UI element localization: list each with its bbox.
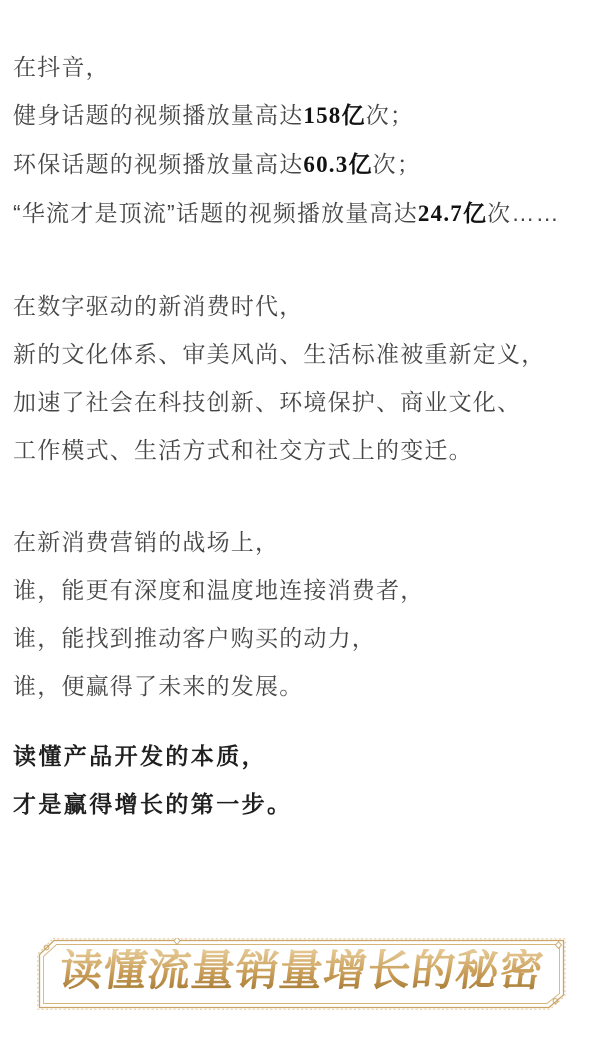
- line-text: 在抖音，: [13, 54, 110, 80]
- paragraph-conclusion-bold: 读懂产品开发的本质， 才是赢得增长的第一步。: [13, 732, 597, 828]
- line-text: 在新消费营销的战场上，: [13, 529, 279, 555]
- text-line: 环保话题的视频播放量高达60.3亿次；: [13, 140, 597, 189]
- article-body: 在抖音， 健身话题的视频播放量高达158亿次； 环保话题的视频播放量高达60.3…: [13, 43, 597, 828]
- line-text: 健身话题的视频播放量高达: [13, 102, 303, 128]
- line-text: 读懂产品开发的本质，: [13, 743, 267, 769]
- line-text: 谁，能找到推动客户购买的动力，: [13, 625, 376, 651]
- line-text: 环保话题的视频播放量高达: [13, 151, 303, 177]
- stat-number: 158亿: [303, 103, 365, 128]
- line-text: 新的文化体系、审美风尚、生活标准被重新定义，: [13, 341, 545, 367]
- line-text: 次；: [366, 102, 414, 128]
- text-line: 谁，能更有深度和温度地连接消费者，: [13, 566, 597, 614]
- text-line: 加速了社会在科技创新、环境保护、商业文化、: [13, 378, 597, 426]
- line-text: 在数字驱动的新消费时代，: [13, 293, 303, 319]
- stat-number: 60.3亿: [303, 152, 372, 177]
- text-line: 在抖音，: [13, 43, 597, 91]
- text-line: 工作模式、生活方式和社交方式上的变迁。: [13, 426, 597, 474]
- line-text: 次……: [487, 200, 560, 226]
- text-line-bold: 读懂产品开发的本质，: [13, 732, 597, 780]
- line-text: 才是赢得增长的第一步。: [13, 791, 292, 817]
- line-text: 谁，便赢得了未来的发展。: [13, 673, 303, 699]
- stat-number: 24.7亿: [418, 201, 487, 226]
- text-line: “华流才是顶流”话题的视频播放量高达24.7亿次……: [13, 189, 597, 238]
- text-line: 在新消费营销的战场上，: [13, 518, 597, 566]
- paragraph-new-consumption-era: 在数字驱动的新消费时代， 新的文化体系、审美风尚、生活标准被重新定义， 加速了社…: [13, 282, 597, 474]
- border-diamond-icon: [556, 942, 562, 949]
- banner-title: 读懂流量销量增长的秘密: [34, 949, 569, 995]
- text-line: 谁，能找到推动客户购买的动力，: [13, 614, 597, 662]
- line-text: 谁，能更有深度和温度地连接消费者，: [13, 577, 424, 603]
- line-text: 加速了社会在科技创新、环境保护、商业文化、: [13, 389, 521, 415]
- border-diamond-icon: [174, 938, 180, 944]
- text-line: 健身话题的视频播放量高达158亿次；: [13, 91, 597, 140]
- line-text: 工作模式、生活方式和社交方式上的变迁。: [13, 437, 473, 463]
- text-line-bold: 才是赢得增长的第一步。: [13, 780, 597, 828]
- text-line: 谁，便赢得了未来的发展。: [13, 662, 597, 710]
- line-text: 次；: [373, 151, 421, 177]
- text-line: 新的文化体系、审美风尚、生活标准被重新定义，: [13, 330, 597, 378]
- text-line: 在数字驱动的新消费时代，: [13, 282, 597, 330]
- line-text: “华流才是顶流”话题的视频播放量高达: [13, 200, 418, 226]
- growth-secret-banner: 读懂流量销量增长的秘密: [37, 938, 566, 1010]
- paragraph-marketing-battlefield: 在新消费营销的战场上， 谁，能更有深度和温度地连接消费者， 谁，能找到推动客户购…: [13, 518, 597, 710]
- paragraph-douyin-stats: 在抖音， 健身话题的视频播放量高达158亿次； 环保话题的视频播放量高达60.3…: [13, 43, 597, 238]
